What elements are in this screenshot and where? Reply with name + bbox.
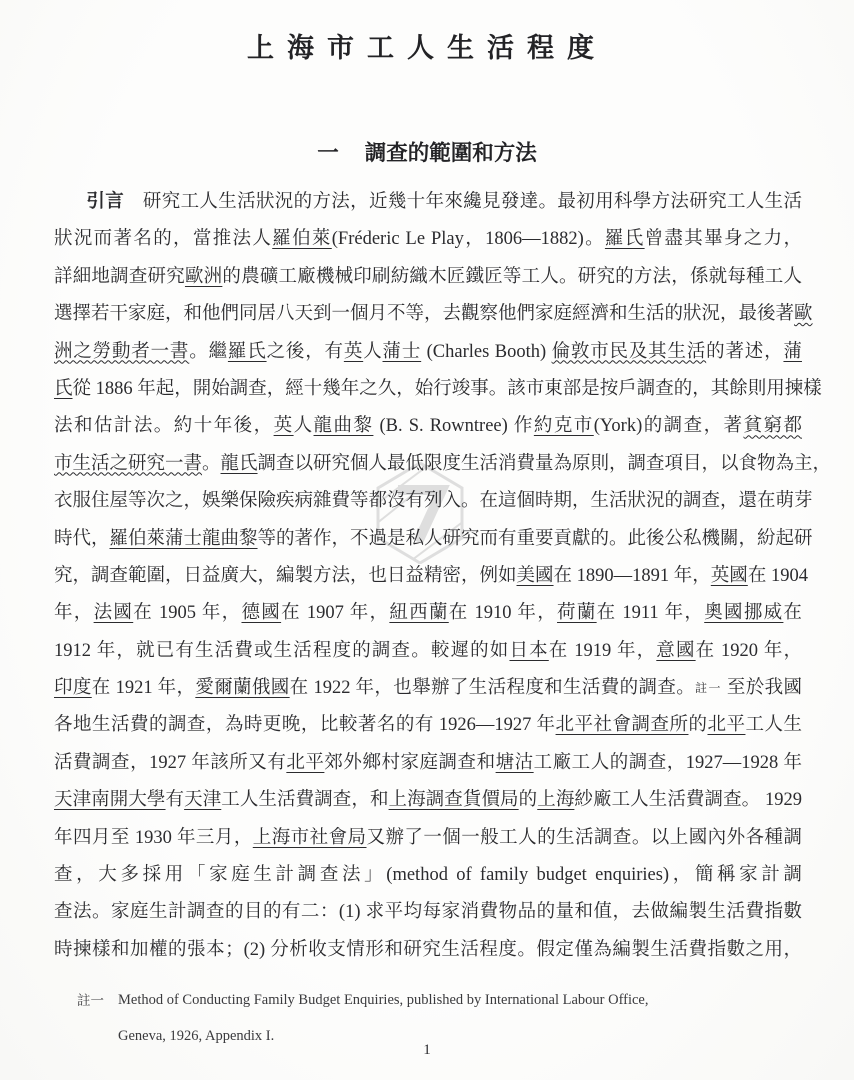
text-line: 狀況而著名的，當推法人羅伯萊(Fréderic Le Play，1806—188… (54, 221, 802, 258)
text-line: 1912 年，就已有生活費或生活程度的調查。較遲的如日本在 1919 年，意國在… (54, 633, 802, 670)
text-line: 時代，羅伯萊蒲士龍曲黎等的著作，不過是私人研究而有重要貢獻的。此後公私機關，紛起… (54, 521, 802, 558)
text-line: 查法。家庭生計調查的目的有二：(1) 求平均每家消費物品的量和值，去做編製生活費… (54, 894, 802, 931)
text-line: 衣服住屋等次之，娛樂保險疾病雜費等都沒有列入。在這個時期，生活狀況的調查，還在萌… (54, 483, 802, 520)
text-line: 選擇若干家庭，和他們同居八天到一個月不等，去觀察他們家庭經濟和生活的狀況，最後著… (54, 296, 802, 333)
text-line: 引言 研究工人生活狀況的方法，近幾十年來纔見發達。最初用科學方法研究工人生活 (54, 184, 802, 221)
text-line: 時揀樣和加權的張本；(2) 分析收支情形和研究生活程度。假定僅為編製生活費指數之… (54, 932, 802, 969)
text-line: 詳細地調查研究歐洲的農礦工廠機械印刷紡織木匠鐵匠等工人。研究的方法，係就每種工人 (54, 259, 802, 296)
page-title: 上海市工人生活程度 (0, 26, 854, 65)
text-line: 各地生活費的調查，為時更晚，比較著名的有 1926—1927 年北平社會調查所的… (54, 707, 802, 744)
footnote-marker: 註一 (77, 982, 104, 1019)
text-line: 究，調查範圍，日益廣大，編製方法，也日益精密，例如美國在 1890—1891 年… (54, 558, 802, 595)
text-line: 查，大多採用「家庭生計調查法」(method of family budget … (54, 857, 802, 894)
footnote-line-1: Method of Conducting Family Budget Enqui… (118, 982, 797, 1018)
section-title: 調查的範圍和方法 (365, 136, 537, 167)
text-line: 氏從 1886 年起，開始調查，經十幾年之久，始行竣事。該市東部是按戶調查的，其… (54, 371, 802, 408)
text-line: 活費調查，1927 年該所又有北平郊外鄉村家庭調查和塘沽工廠工人的調查，1927… (54, 745, 802, 782)
text-line: 洲之勞動者一書。繼羅氏之後，有英人蒲士 (Charles Booth) 倫敦市民… (54, 334, 802, 371)
text-line: 市生活之研究一書。龍氏調查以研究個人最低限度生活消費量為原則，調查項目，以食物為… (54, 446, 802, 483)
document-page: 上海市工人生活程度 一 調查的範圍和方法 (0, 0, 854, 1080)
text-line: 天津南開大學有天津工人生活費調查，和上海調查貨價局的上海紗廠工人生活費調查。 1… (54, 782, 802, 819)
section-heading: 一 調查的範圍和方法 (0, 136, 854, 167)
page-number: 1 (0, 1042, 854, 1059)
body-text: 引言 研究工人生活狀況的方法，近幾十年來纔見發達。最初用科學方法研究工人生活狀況… (54, 184, 802, 969)
text-line: 印度在 1921 年，愛爾蘭俄國在 1922 年，也舉辦了生活程度和生活費的調查… (54, 670, 802, 707)
text-line: 年四月至 1930 年三月，上海市社會局又辦了一個一般工人的生活調查。以上國內外… (54, 820, 802, 857)
section-number: 一 (317, 136, 339, 167)
text-line: 年，法國在 1905 年，德國在 1907 年，紐西蘭在 1910 年，荷蘭在 … (54, 595, 802, 632)
text-line: 法和估計法。約十年後，英人龍曲黎 (B. S. Rowntree) 作約克市(Y… (54, 408, 802, 445)
